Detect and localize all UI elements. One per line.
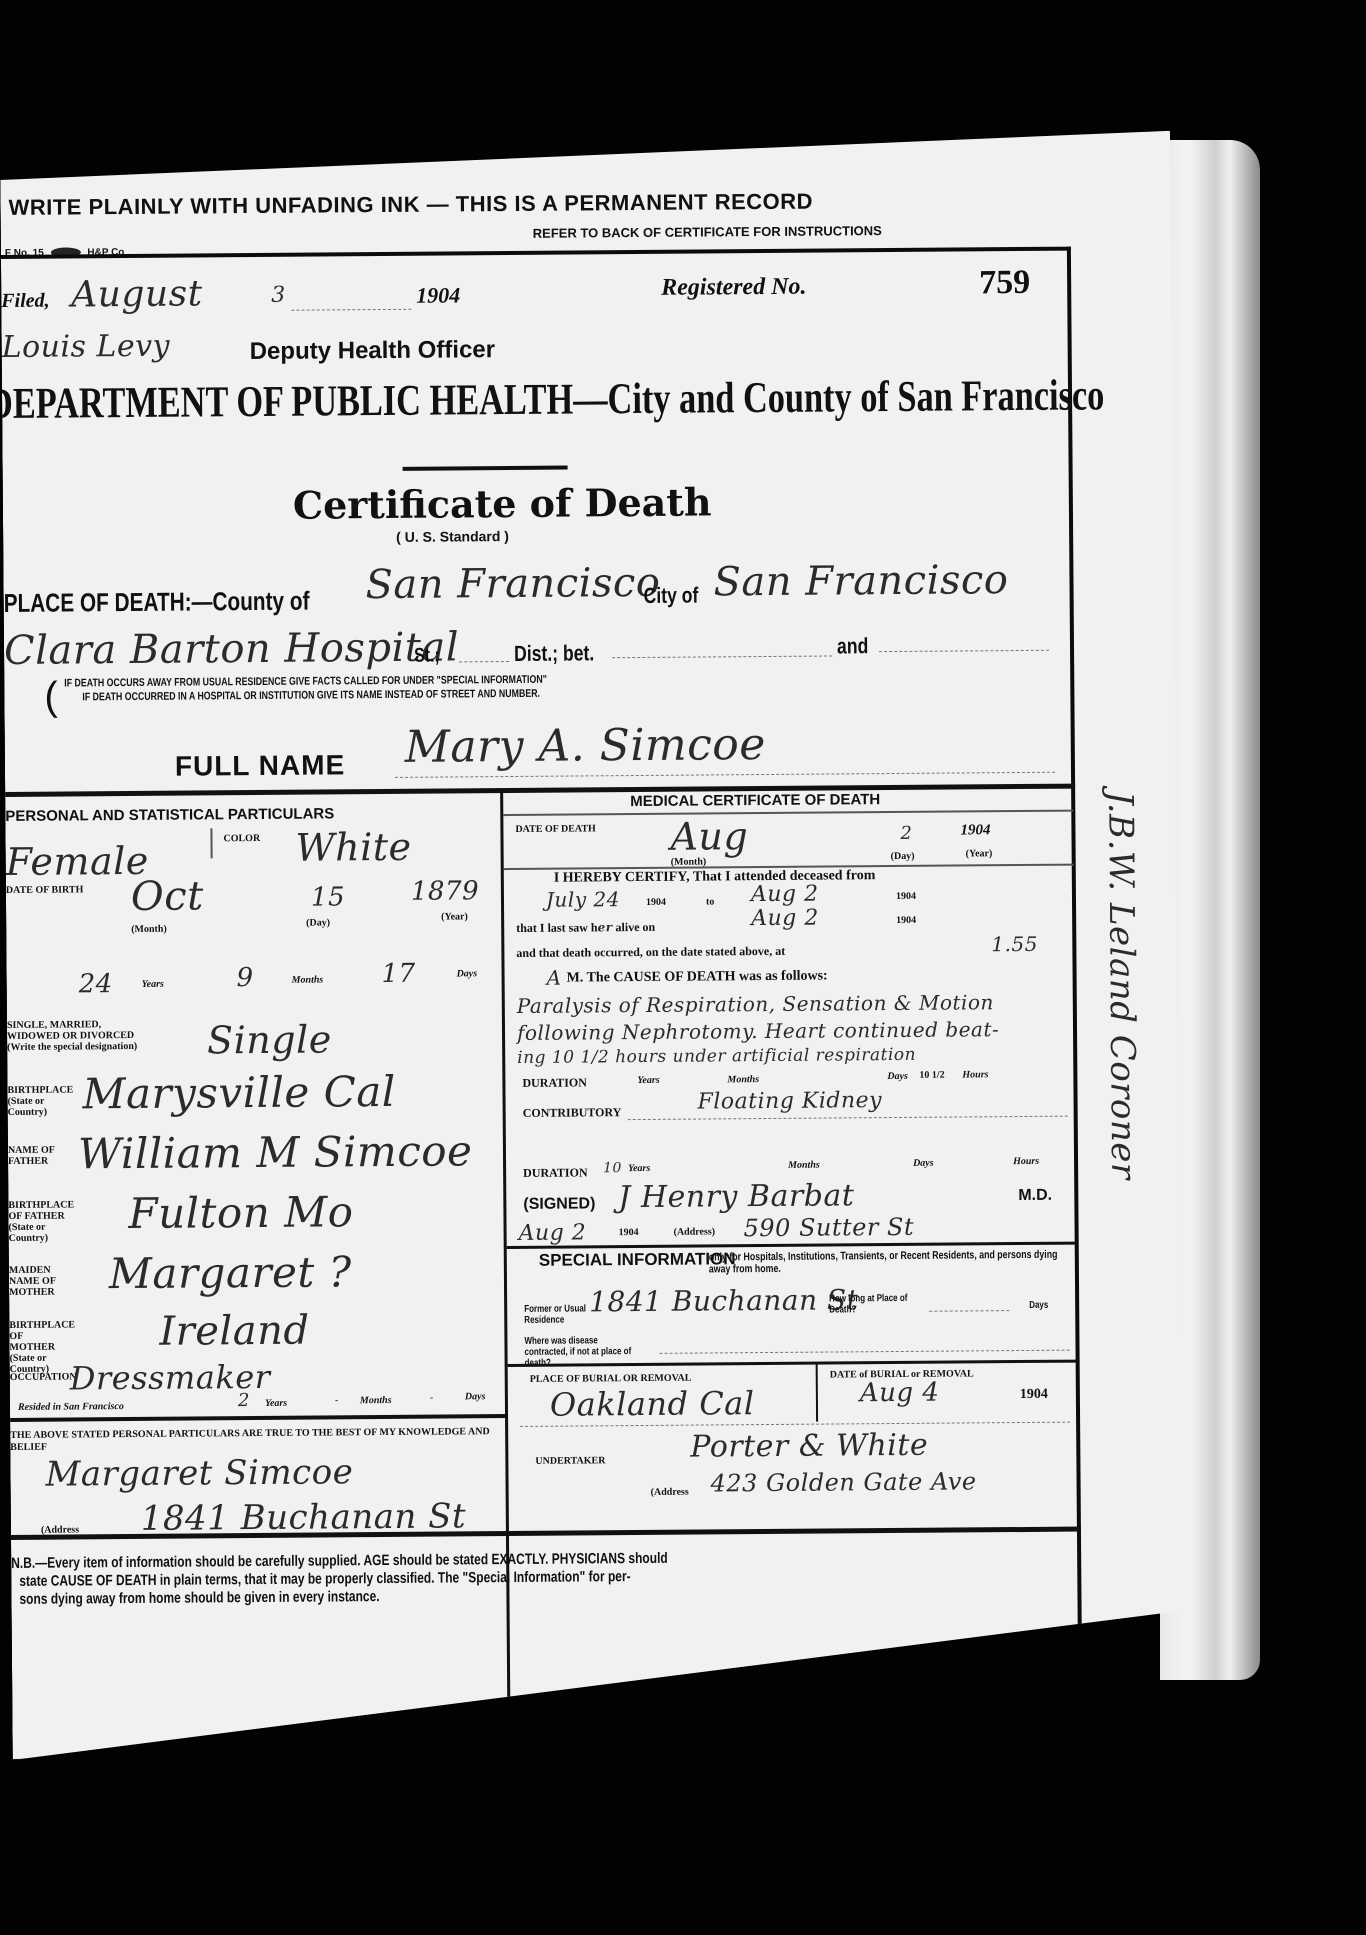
personal-heading: PERSONAL AND STATISTICAL PARTICULARS: [5, 805, 334, 825]
am-pm: A: [547, 966, 562, 990]
mother-value: Margaret ?: [109, 1247, 352, 1298]
cause-line-2: following Nephrotomy. Heart continued be…: [517, 1017, 999, 1045]
death-month: Aug: [670, 814, 748, 859]
birthplace-label: BIRTHPLACE (State or Country): [7, 1084, 77, 1118]
special-note: only for Hospitals, Institutions, Transi…: [709, 1249, 1069, 1276]
marital-value: Single: [207, 1017, 332, 1062]
filed-label: Filed,: [1, 290, 50, 313]
md-label: M.D.: [1018, 1187, 1052, 1205]
county-value: San Francisco: [365, 560, 660, 608]
place-of-death-label: PLACE OF DEATH:—County of: [4, 586, 310, 619]
standard-note: ( U. S. Standard ): [396, 528, 509, 545]
and-label: and: [837, 633, 869, 659]
signed-date: Aug 2: [519, 1220, 587, 1246]
death-date-label: DATE OF DEATH: [515, 823, 595, 835]
mother-label: MAIDEN NAME OF MOTHER: [9, 1264, 69, 1297]
sex-value: Female: [5, 839, 148, 884]
cause-line-3: ing 10 1/2 hours under artificial respir…: [517, 1045, 916, 1068]
city-label: City of: [643, 583, 698, 609]
duration-hours: 10 1/2: [919, 1070, 944, 1081]
age-months: 9: [236, 963, 253, 993]
filed-year: 1904: [416, 282, 460, 308]
age-days: 17: [381, 959, 415, 989]
department-title: DEPARTMENT OF PUBLIC HEALTH—City and Cou…: [0, 369, 1104, 429]
contributory-duration-label: DURATION: [523, 1165, 588, 1181]
death-time: 1.55: [991, 932, 1038, 956]
father-birthplace-label: BIRTHPLACE OF FATHER (State or Country): [8, 1199, 68, 1243]
resided-label: Resided in San Francisco: [18, 1401, 124, 1413]
resided-years: 2: [238, 1390, 250, 1411]
contributory-label: CONTRIBUTORY: [523, 1105, 622, 1121]
birth-month: Oct: [131, 873, 204, 920]
full-name-label: FULL NAME: [175, 749, 345, 782]
medical-heading: MEDICAL CERTIFICATE OF DEATH: [630, 791, 880, 810]
coroner-margin-note: J.B.W. Leland Coroner: [1100, 791, 1143, 1180]
undertaker-address-label: (Address: [651, 1487, 689, 1498]
cause-line-1: Paralysis of Respiration, Sensation & Mo…: [517, 990, 994, 1018]
color-label: COLOR: [223, 833, 260, 844]
registered-label: Registered No.: [661, 274, 807, 302]
death-certificate: WRITE PLAINLY WITH UNFADING INK — THIS I…: [0, 131, 1183, 1760]
father-value: William M Simcoe: [78, 1126, 473, 1178]
birth-label: DATE OF BIRTH: [6, 884, 84, 896]
occupation-label: OCCUPATION: [10, 1371, 70, 1382]
burial-place-value: Oakland Cal: [550, 1384, 755, 1424]
officer-signature: Louis Levy: [1, 329, 170, 365]
burial-year: 1904: [1020, 1387, 1048, 1403]
informant-statement: THE ABOVE STATED PERSONAL PARTICULARS AR…: [10, 1426, 500, 1454]
last-saw-label: that I last saw her alive on: [516, 920, 655, 936]
burial-date-value: Aug 4: [860, 1378, 940, 1409]
district-label: Dist.; bet.: [514, 640, 594, 667]
mother-birthplace-value: Ireland: [159, 1308, 309, 1355]
undertaker-value: Porter & White: [690, 1428, 928, 1465]
signed-label: (SIGNED): [523, 1195, 595, 1214]
death-year: 1904: [960, 822, 990, 839]
father-birthplace-value: Fulton Mo: [128, 1187, 353, 1238]
attended-to: Aug 2: [751, 882, 819, 908]
footer-line-3: sons dying away from home should be give…: [19, 1588, 379, 1608]
birth-day: 15: [311, 882, 345, 912]
birthplace-value: Marysville Cal: [82, 1067, 396, 1118]
institution-value: Clara Barton Hospital: [4, 624, 459, 674]
banner: WRITE PLAINLY WITH UNFADING INK — THIS I…: [8, 189, 813, 221]
special-heading: SPECIAL INFORMATION: [539, 1249, 736, 1271]
burial-place-label: PLACE OF BURIAL OR REMOVAL: [530, 1373, 692, 1385]
city-value: San Francisco: [713, 557, 1008, 605]
contributory-years: 10: [603, 1160, 622, 1176]
birth-year: 1879: [411, 876, 479, 907]
full-name-value: Mary A. Simcoe: [405, 719, 766, 773]
filed-month: August: [71, 273, 203, 315]
undertaker-address-value: 423 Golden Gate Ave: [710, 1467, 976, 1497]
refer-note: REFER TO BACK OF CERTIFICATE FOR INSTRUC…: [533, 223, 882, 241]
certificate-title: Certificate of Death: [293, 479, 712, 527]
contributory-value: Floating Kidney: [697, 1088, 882, 1114]
cause-label: M. The CAUSE OF DEATH was as follows:: [567, 969, 828, 987]
death-day: 2: [900, 823, 912, 844]
age-years: 24: [79, 969, 113, 999]
officer-title: Deputy Health Officer: [250, 336, 496, 366]
occurred-text: and that death occurred, on the date sta…: [516, 944, 785, 961]
father-label: NAME OF FATHER: [8, 1144, 68, 1166]
color-value: White: [295, 825, 411, 870]
duration-label: DURATION: [522, 1075, 587, 1091]
mother-birthplace-label: BIRTHPLACE OF MOTHER (State or Country): [9, 1319, 69, 1374]
residence-label: Former or Usual Residence: [524, 1303, 588, 1326]
physician-signature: J Henry Barbat: [618, 1178, 854, 1215]
physician-address: 590 Sutter St: [743, 1213, 914, 1242]
marital-label: SINGLE, MARRIED, WIDOWED OR DIVORCED (Wr…: [7, 1019, 147, 1053]
how-long-label: How long at Place of Death?: [829, 1293, 917, 1316]
last-saw-date: Aug 2: [751, 906, 819, 932]
attended-from: July 24: [546, 887, 620, 912]
registered-number: 759: [979, 264, 1030, 302]
undertaker-label: UNDERTAKER: [535, 1455, 605, 1467]
informant-value: Margaret Simcoe: [45, 1452, 353, 1494]
certify-text: I HEREBY CERTIFY, That I attended deceas…: [554, 868, 876, 887]
residence-value: 1841 Buchanan St: [589, 1283, 859, 1318]
street-label: St.;: [414, 645, 440, 668]
filed-day: 3: [271, 283, 286, 308]
